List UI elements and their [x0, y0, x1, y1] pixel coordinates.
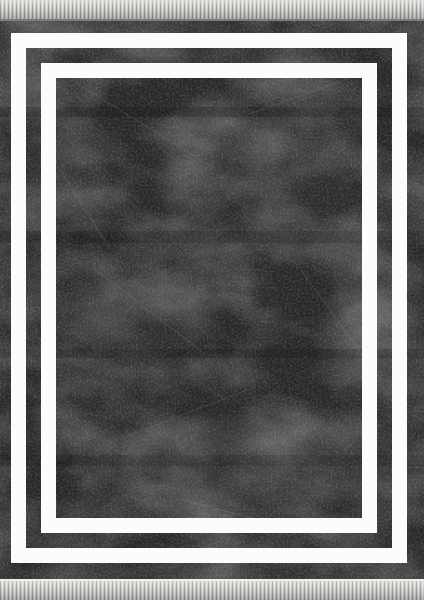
- rug-fringe-top: [0, 0, 424, 21]
- rug-body: [0, 19, 424, 579]
- rug-product-photo: [0, 0, 424, 600]
- rug-fringe-bottom: [0, 579, 424, 600]
